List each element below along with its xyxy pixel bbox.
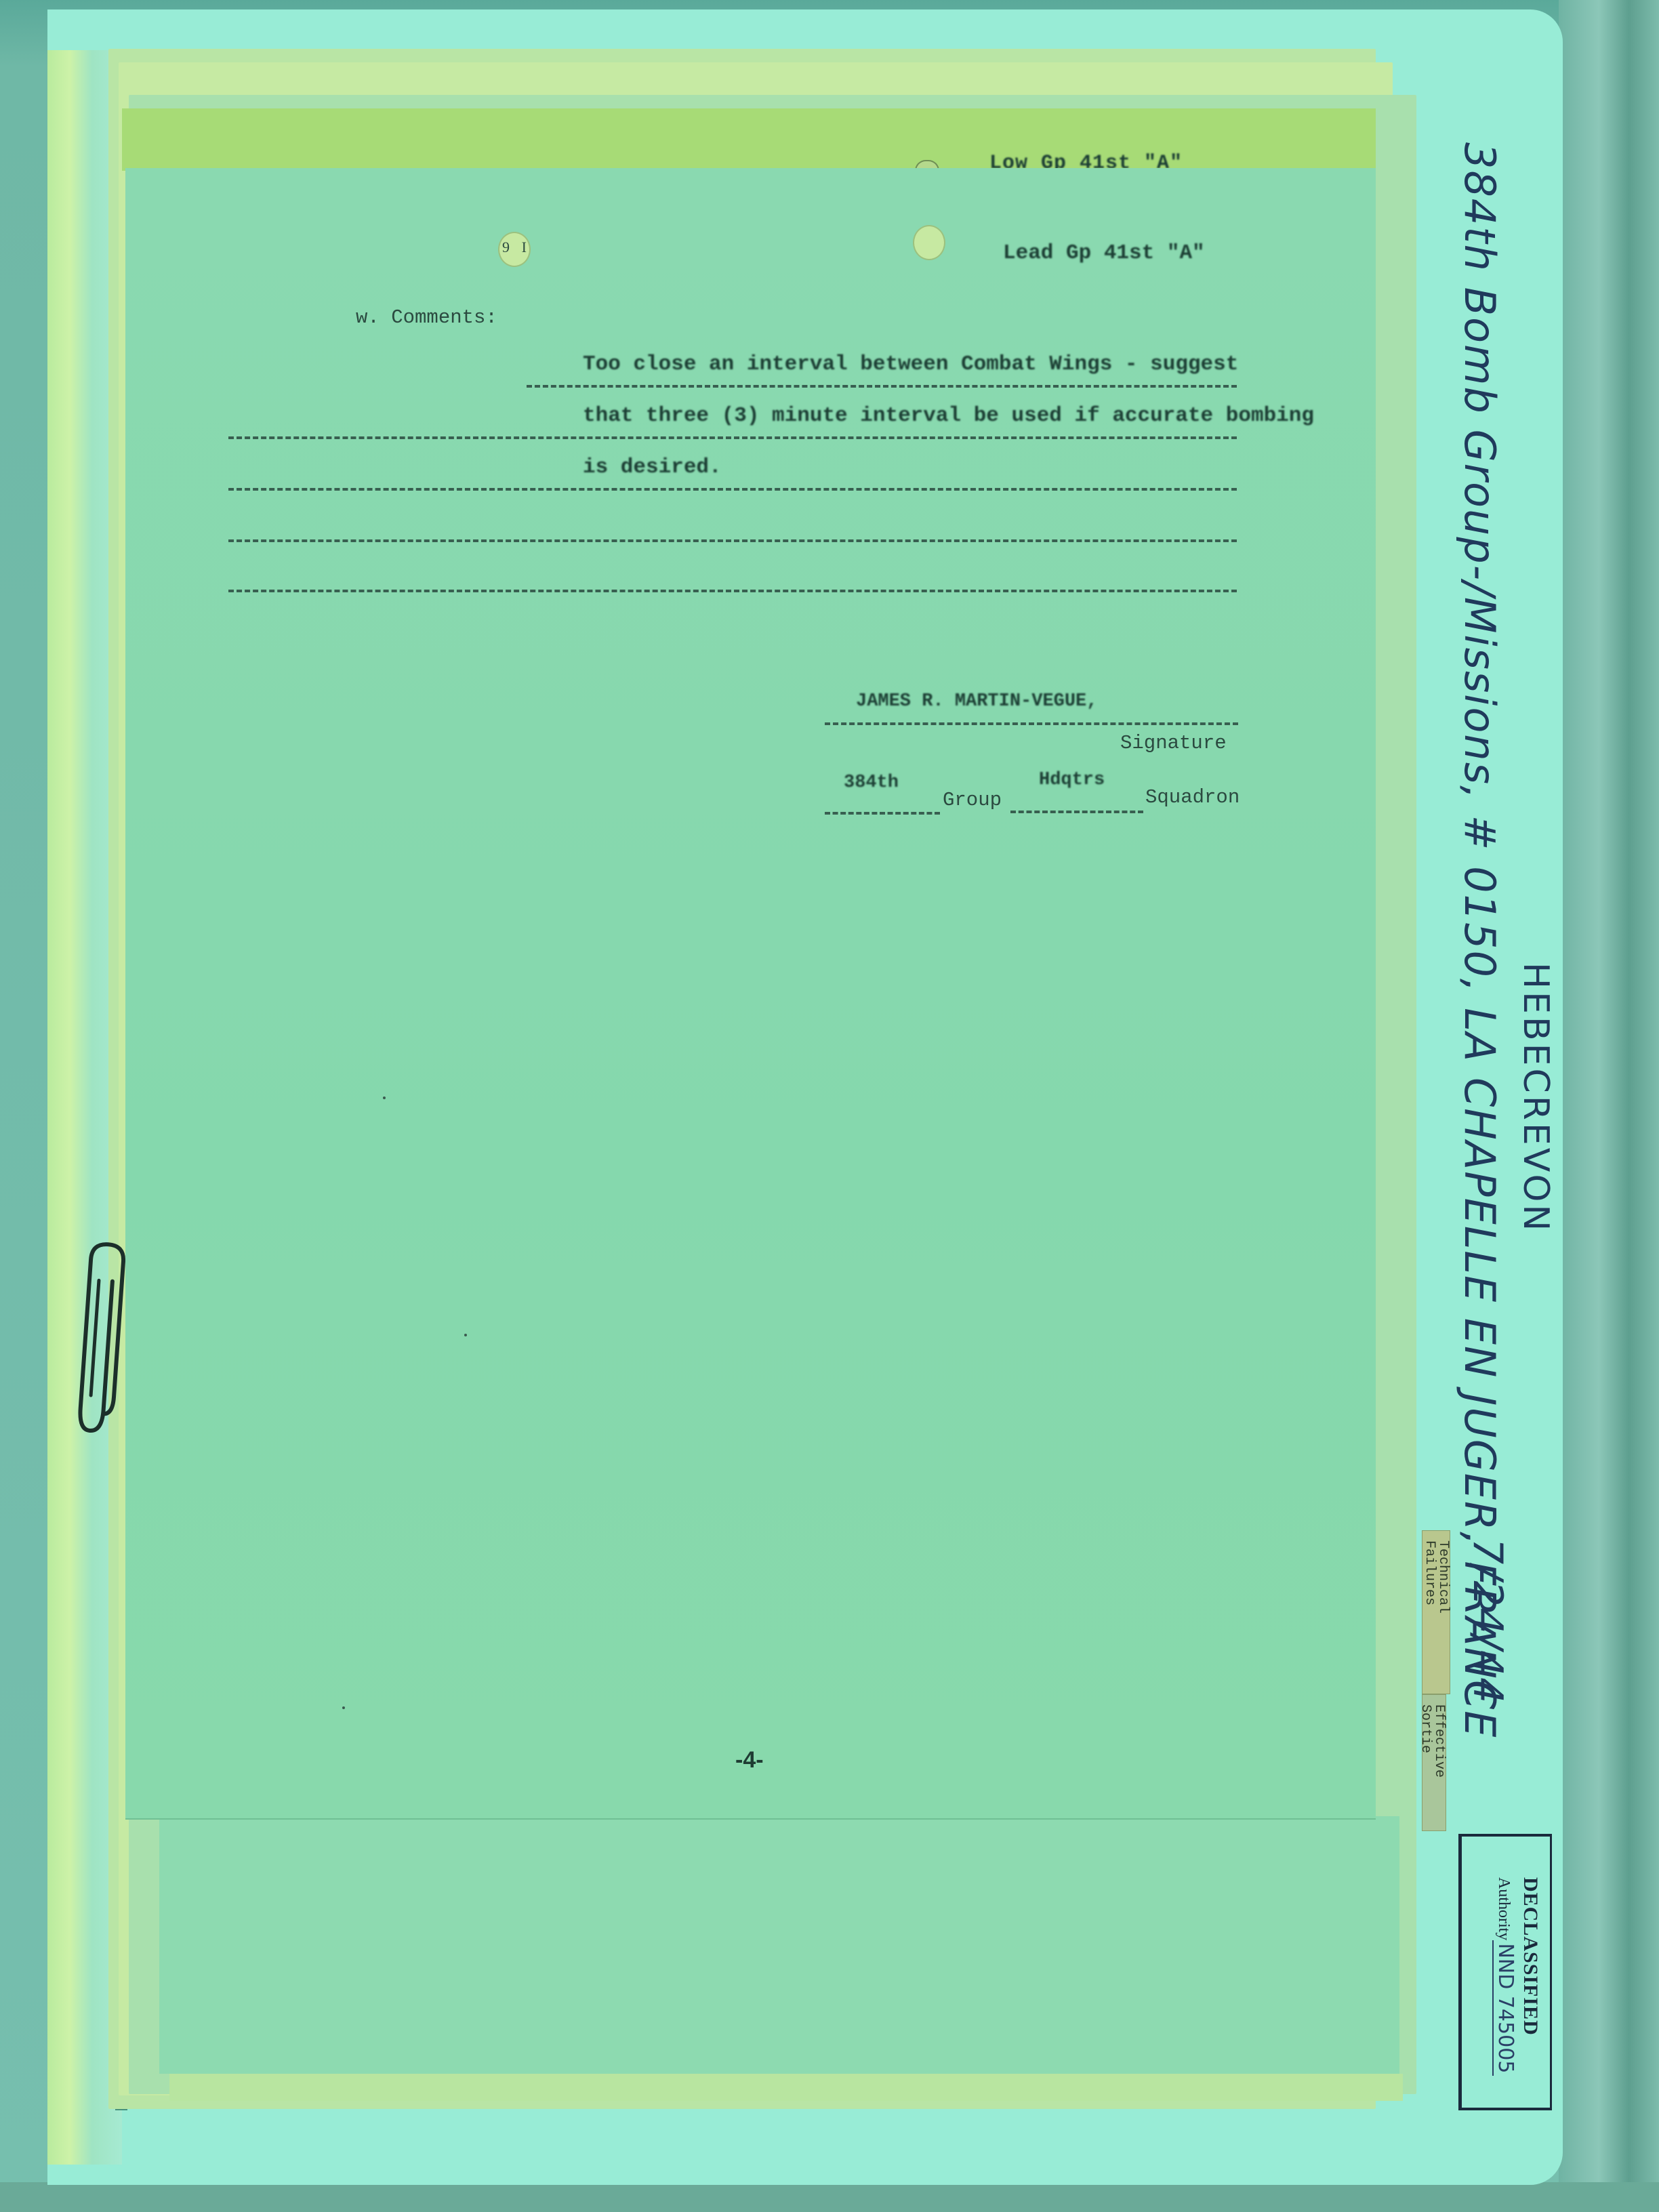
tab-technical-failures[interactable]: TechnicalFailures [1422, 1530, 1450, 1694]
comment-line: is desired. [583, 455, 722, 479]
folder-handwritten-date: 7/24/44 [1464, 1538, 1511, 1704]
paper-speck [342, 1706, 345, 1709]
group-rule [825, 812, 940, 815]
signature-label: Signature [1120, 732, 1227, 754]
form-rule [527, 385, 1237, 388]
punch-hole: 9 I [498, 232, 531, 267]
signature-name: JAMES R. MARTIN-VEGUE, [856, 691, 1097, 712]
stamp-title: DECLASSIFIED [1519, 1877, 1542, 2076]
previous-page-strip [122, 108, 1376, 171]
group-position-header: Lead Gp 41st "A" [1003, 241, 1205, 265]
form-rule [228, 436, 1237, 439]
page-number: -4- [735, 1747, 764, 1774]
paper-speck [464, 1334, 467, 1336]
folder-handwritten-target: HEBECREVON [1515, 962, 1556, 1233]
tab-label: TechnicalFailures [1422, 1540, 1450, 1614]
tab-effective-sortie[interactable]: EffectiveSortie [1422, 1694, 1446, 1831]
squadron-label: Squadron [1145, 786, 1240, 808]
group-value: 384th [844, 773, 899, 793]
comments-label: w. Comments: [356, 306, 497, 329]
comment-line: that three (3) minute interval be used i… [583, 404, 1314, 428]
stamp-authority-value: NND 745005 [1492, 1940, 1517, 2076]
stamp-authority: AuthorityNND 745005 [1494, 1877, 1517, 2076]
group-label: Group [943, 789, 1002, 811]
punch-hole [913, 225, 945, 260]
background-surface [0, 2182, 1659, 2212]
underlying-sheet [159, 1816, 1399, 2074]
folder-handwritten-title: 384th Bomb Group-/Missions, # 0150, LA C… [1455, 142, 1504, 1738]
document-page: 9 I Lead Gp 41st "A" w. Comments: Too cl… [125, 168, 1376, 1818]
squadron-rule [1010, 811, 1143, 813]
hole-mark: 9 [502, 239, 510, 256]
underlying-sheet-edge [169, 2074, 1403, 2101]
form-rule [228, 488, 1237, 491]
squadron-value: Hdqtrs [1039, 770, 1105, 790]
hole-mark: I [522, 239, 527, 256]
background-fabric [1559, 0, 1659, 2212]
signature-rule [825, 722, 1238, 725]
paper-speck [383, 1097, 386, 1099]
tab-label: EffectiveSortie [1418, 1704, 1446, 1778]
comment-line: Too close an interval between Combat Win… [583, 352, 1238, 376]
form-rule [228, 539, 1237, 542]
declassified-stamp: DECLASSIFIED AuthorityNND 745005 [1458, 1834, 1552, 2110]
form-rule [228, 590, 1237, 592]
